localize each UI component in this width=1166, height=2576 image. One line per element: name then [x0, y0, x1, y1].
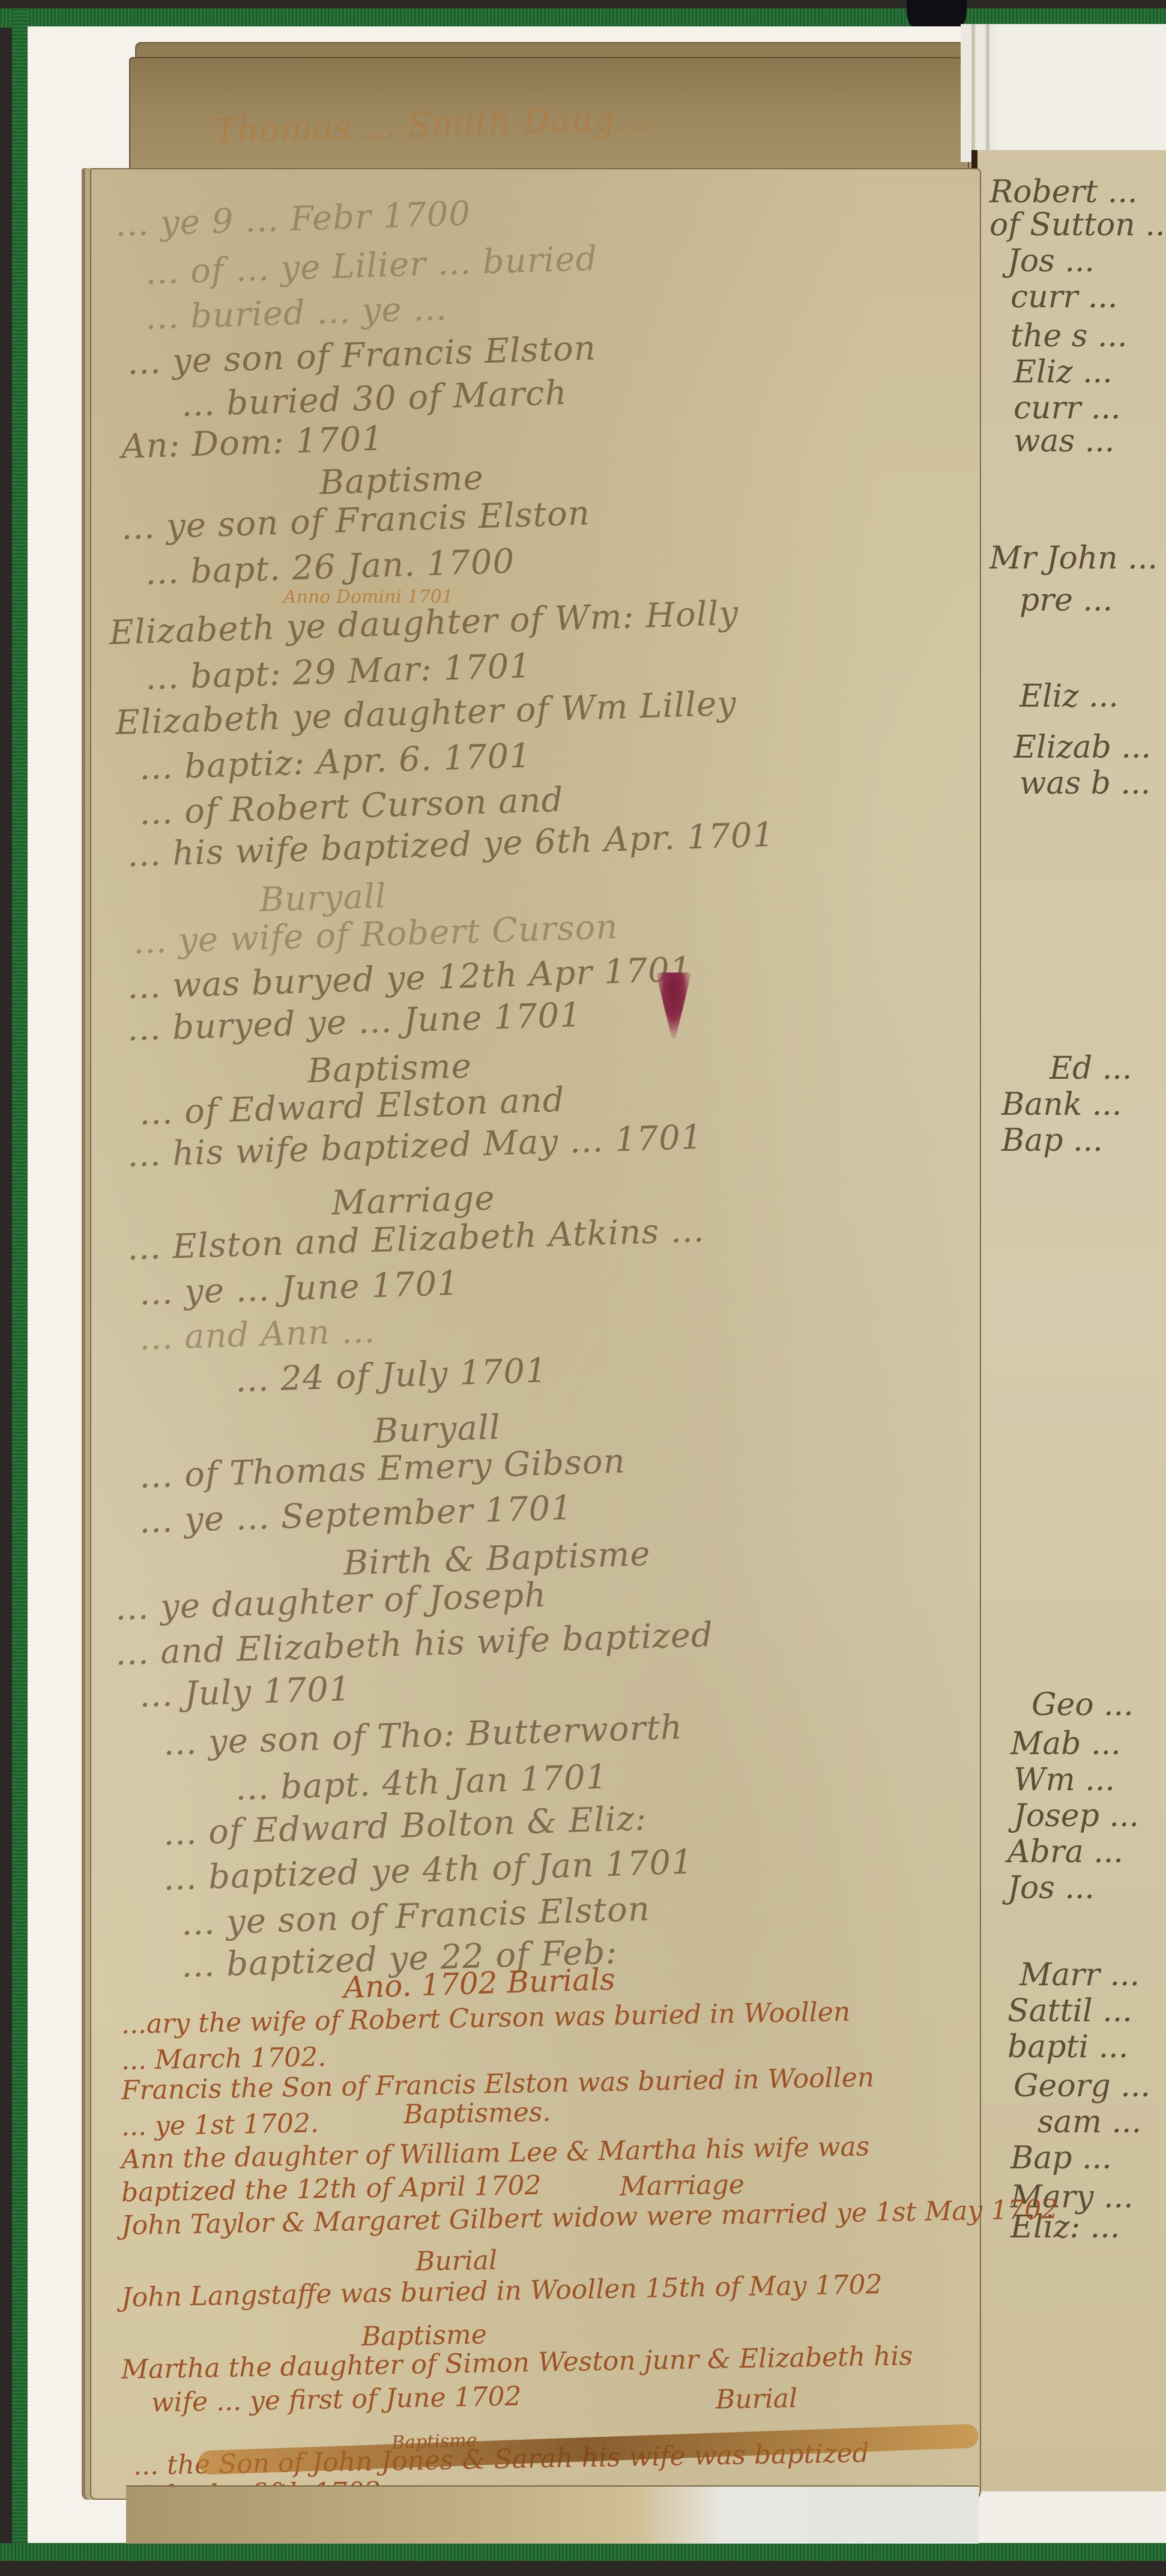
- parchment-main-sheet: ... ye 9 ... Febr 1700 ... of ... ye Lil…: [90, 168, 981, 2500]
- register-line: ... bapt. 4th Jan 1701: [235, 1758, 608, 1808]
- right-page-parchment: Robert ... of Sutton ... Jos ... curr ..…: [971, 150, 1166, 2491]
- right-line: Bank ...: [1001, 1087, 1122, 1123]
- right-line: Mab ...: [1010, 1726, 1121, 1762]
- register-line: ... buried ... ye ...: [145, 289, 448, 337]
- register-line: ... baptized ye 4th of Jan 1701: [163, 1842, 694, 1898]
- register-line: ... ye ... September 1701: [139, 1488, 573, 1541]
- right-line: Mr John ...: [989, 540, 1158, 576]
- register-line: ... ye daughter of Joseph: [115, 1575, 547, 1628]
- register-line: ... July 1701: [139, 1670, 351, 1715]
- right-line: bapti ...: [1007, 2029, 1128, 2065]
- right-line: Sattil ...: [1007, 1993, 1132, 2029]
- register-line: wife ... ye first of June 1702: [151, 2381, 522, 2418]
- right-line: Eliz ...: [1013, 354, 1113, 390]
- register-line: ... ye 9 ... Febr 1700: [115, 194, 471, 244]
- right-line: Geo ...: [1032, 1687, 1134, 1723]
- right-line: Jos ...: [1007, 243, 1095, 279]
- right-line: Eliz ...: [1019, 678, 1119, 714]
- section-heading-buryall: Buryall: [259, 876, 387, 920]
- register-line: ... of ... ye Lilier ... buried: [145, 239, 598, 292]
- right-line: Georg ...: [1013, 2068, 1150, 2104]
- register-line: ... Elston and Elizabeth Atkins ...: [127, 1211, 705, 1268]
- register-line: ... baptiz: Apr. 6. 1701: [139, 737, 532, 788]
- green-cloth-binding-left: [12, 8, 28, 2561]
- register-line: John Langstaffe was buried in Woollen 15…: [121, 2269, 883, 2313]
- register-line: ... ye wife of Robert Curson: [133, 908, 618, 962]
- register-line: ... 24 of July 1701: [235, 1351, 548, 1400]
- right-line: the s ...: [1010, 318, 1128, 354]
- register-line: ... ye 1st 1702.: [121, 2108, 319, 2142]
- register-line: ... buried 30 of March: [181, 373, 568, 424]
- right-line: was ...: [1013, 423, 1114, 459]
- right-line: Ed ...: [1050, 1051, 1132, 1087]
- section-heading-baptisme: Baptisme: [361, 2319, 488, 2352]
- right-line: Robert ...: [989, 174, 1137, 210]
- right-line: Josep ...: [1013, 1798, 1139, 1834]
- section-heading-marriage: Marriage: [620, 2169, 745, 2202]
- register-line: Martha the daughter of Simon Weston junr…: [121, 2341, 913, 2385]
- register-line: ...ary the wife of Robert Curson was bur…: [121, 1997, 851, 2040]
- right-line: of Sutton ...: [989, 207, 1166, 243]
- section-heading-baptismes: Baptismes.: [403, 2097, 551, 2130]
- register-line: An: Dom: 1701: [121, 419, 384, 466]
- green-cloth-binding-bottom: [0, 2543, 1166, 2561]
- right-line: Elizab ...: [1013, 729, 1151, 765]
- right-line: Abra ...: [1007, 1834, 1123, 1870]
- right-line: Marr ...: [1019, 1957, 1140, 1993]
- section-heading-buryall: Buryall: [373, 1408, 501, 1451]
- section-heading-birth-baptisme: Birth & Baptisme: [343, 1534, 651, 1583]
- section-heading-baptisme: Baptisme: [319, 458, 485, 502]
- right-page-guard-strips: [961, 24, 997, 162]
- register-line: ... March 1702.: [121, 2042, 327, 2076]
- register-line: ... of Thomas Emery Gibson: [139, 1442, 626, 1496]
- register-line: baptized the 12th of April 1702: [121, 2170, 542, 2208]
- right-line: Bap ...: [1001, 1123, 1103, 1159]
- register-line: ... ye ... June 1701: [139, 1264, 460, 1313]
- right-line: Wm ...: [1013, 1762, 1115, 1798]
- register-line: ... bapt. 26 Jan. 1700: [145, 542, 515, 593]
- right-line: pre ...: [1019, 582, 1113, 618]
- section-heading-burial: Burial: [716, 2383, 798, 2415]
- back-sheet-header: Thomas ... Smith Daug...: [214, 98, 650, 151]
- register-line: ... bapt: 29 Mar: 1701: [145, 647, 532, 698]
- right-line: curr ...: [1010, 279, 1117, 315]
- section-heading-marriage: Marriage: [331, 1178, 495, 1223]
- right-line: Jos ...: [1007, 1870, 1095, 1906]
- right-line: curr ...: [1013, 390, 1120, 426]
- right-line: Bap ...: [1010, 2140, 1112, 2176]
- register-line: ... ye son of Francis Elston: [121, 493, 591, 547]
- register-line: ... ye son of Tho: Butterworth: [163, 1708, 683, 1763]
- register-line: ... and Ann ...: [139, 1312, 376, 1358]
- parchment-bottom-edges: [126, 2485, 979, 2544]
- section-heading-burial: Burial: [415, 2245, 498, 2277]
- right-line: sam ...: [1038, 2104, 1141, 2140]
- right-line: was b ...: [1019, 765, 1150, 801]
